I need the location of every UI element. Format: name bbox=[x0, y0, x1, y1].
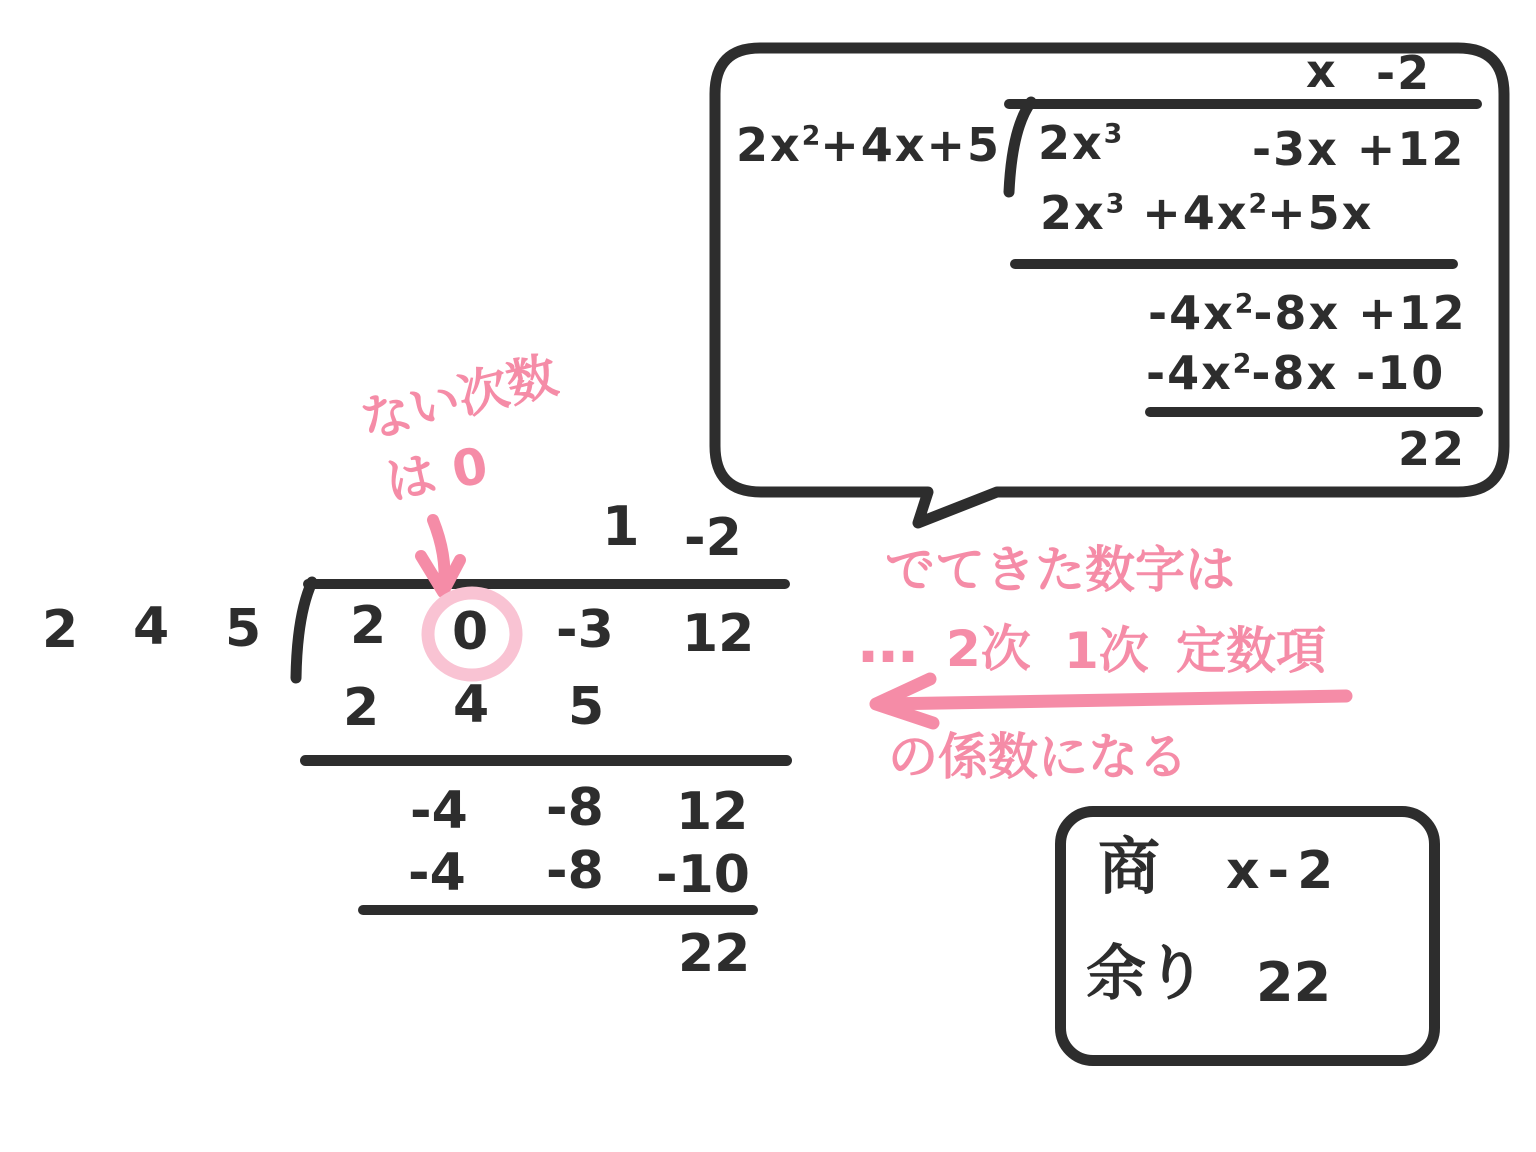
remainder-value: 22 bbox=[1256, 956, 1331, 1010]
left-arrow-shaft bbox=[884, 696, 1346, 704]
handwritten-math-note: x -2 2x2+4x+5 2x3 -3x +12 2x3 +4x2+5x -4… bbox=[0, 0, 1536, 1152]
quotient-label: 商 bbox=[1098, 836, 1160, 898]
quotient-value: x-2 bbox=[1226, 845, 1341, 897]
remainder-label: 余り bbox=[1086, 944, 1206, 1004]
zero-highlight-ring bbox=[428, 593, 516, 675]
